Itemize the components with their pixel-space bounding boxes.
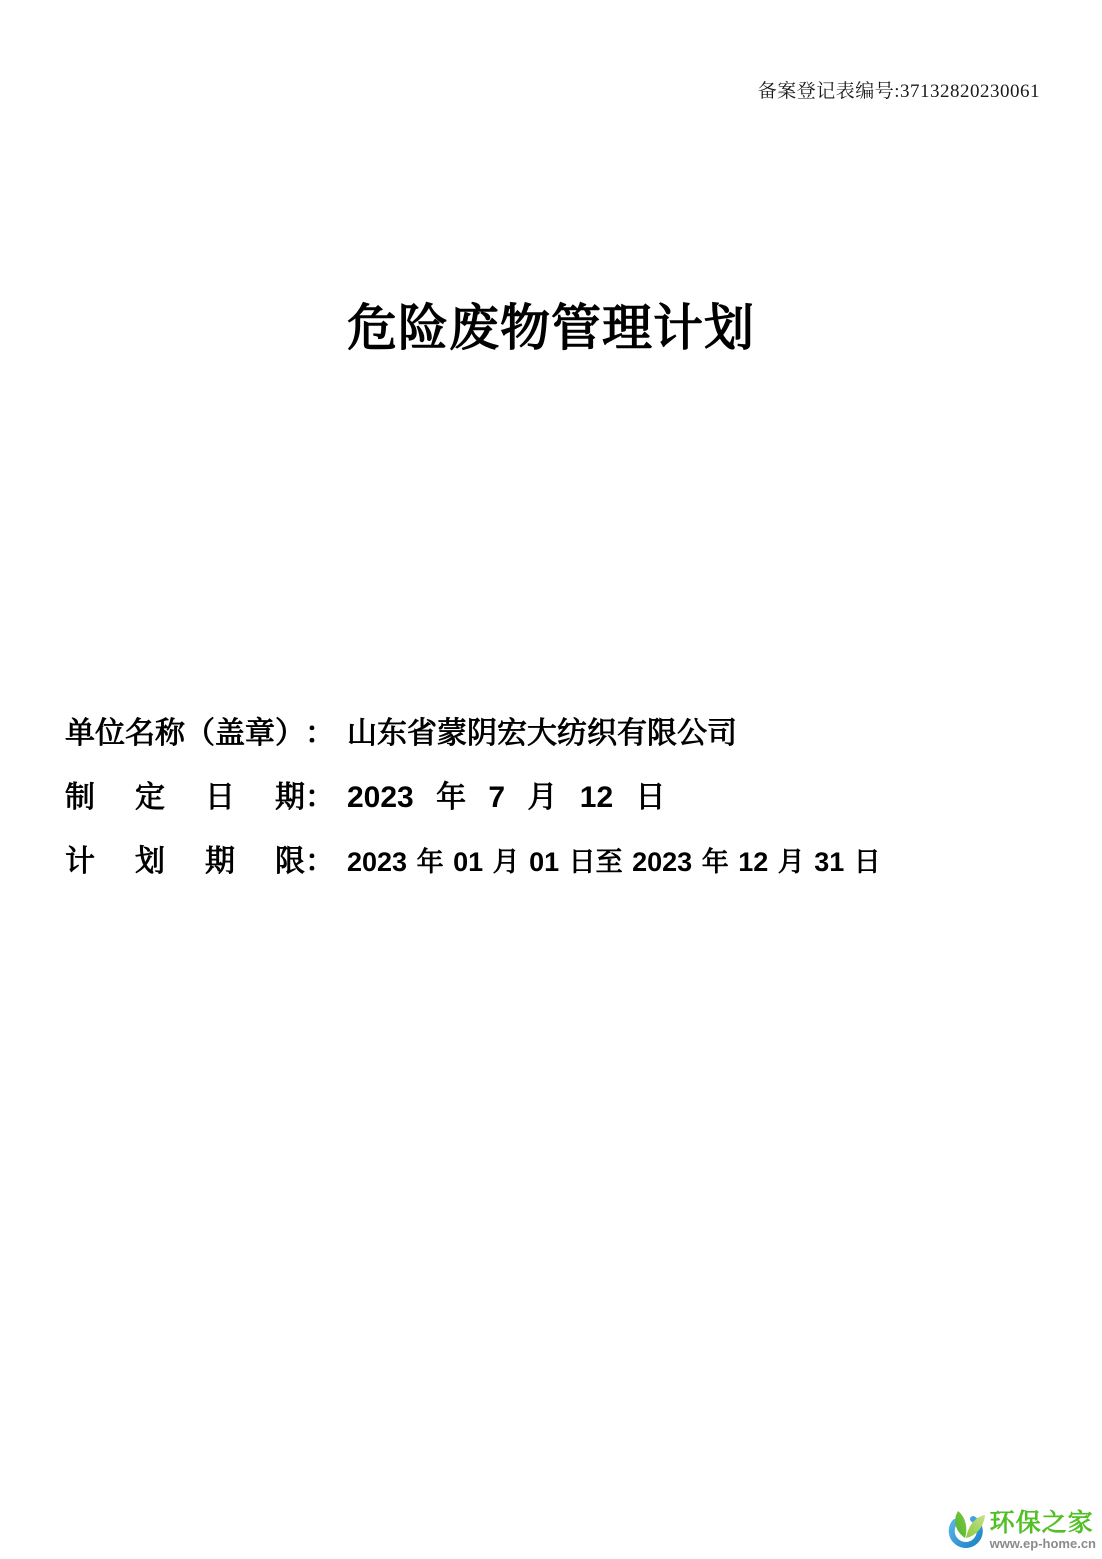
field-unit-name: 单位名称（盖章）：山东省蒙阴宏大纺织有限公司 [65, 708, 1062, 772]
site-logo-text: 环保之家 www.ep-home.cn [990, 1511, 1096, 1550]
field-issue-date-colon: ： [305, 772, 335, 816]
info-block: 单位名称（盖章）：山东省蒙阴宏大纺织有限公司 制定日期：2023 年 7 月 1… [65, 708, 1062, 900]
filing-number: 备案登记表编号:37132820230061 [758, 76, 1040, 103]
field-plan-period-value: 2023 年 01 月 01 日至 2023 年 12 月 31 日 [347, 840, 881, 879]
field-unit-name-value: 山东省蒙阴宏大纺织有限公司 [347, 708, 737, 752]
site-url: www.ep-home.cn [990, 1537, 1096, 1550]
leaf-swirl-icon [946, 1505, 988, 1555]
field-issue-date-value: 2023 年 7 月 12 日 [347, 772, 665, 816]
field-plan-period: 计划期限：2023 年 01 月 01 日至 2023 年 12 月 31 日 [65, 836, 1062, 900]
site-name: 环保之家 [990, 1511, 1096, 1536]
field-plan-period-label: 计划期限 [65, 836, 305, 880]
document-page: 备案登记表编号:37132820230061 危险废物管理计划 单位名称（盖章）… [0, 0, 1102, 1559]
field-plan-period-colon: ： [305, 836, 335, 880]
document-title: 危险废物管理计划 [0, 288, 1102, 360]
field-issue-date: 制定日期：2023 年 7 月 12 日 [65, 772, 1062, 836]
site-logo: 环保之家 www.ep-home.cn [946, 1505, 1096, 1555]
field-unit-name-label: 单位名称（盖章） [65, 708, 305, 752]
field-unit-name-colon: ： [305, 708, 335, 752]
field-issue-date-label: 制定日期 [65, 772, 305, 816]
